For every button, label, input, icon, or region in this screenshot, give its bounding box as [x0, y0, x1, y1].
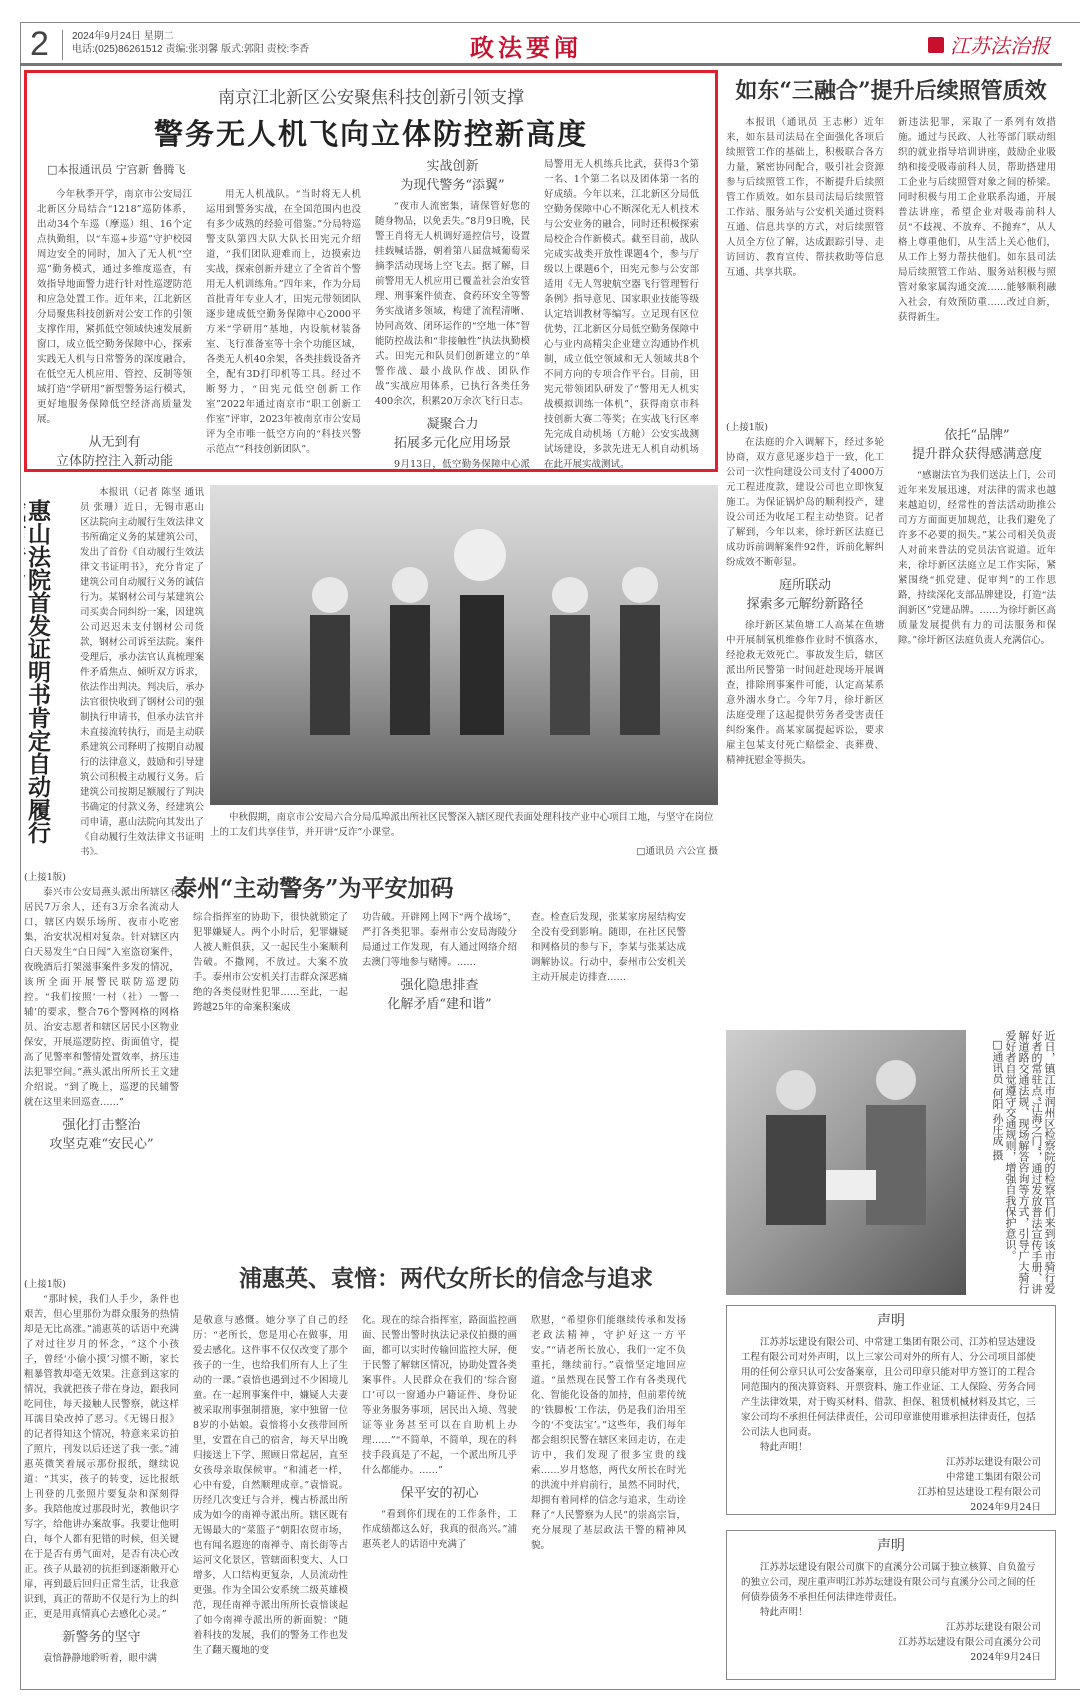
photo-caption: 中秋假期，南京市公安局六合分局瓜埠派出所社区民警深入辖区现代表面处理科技产业中心… — [210, 810, 718, 860]
legal-notice-2[interactable]: 声明 江苏苏坛建设有限公司旗下的直溪分公司属于独立核算、自负盈亏的独立公司，现庄… — [726, 1530, 1056, 1680]
article-huishan-court[interactable]: 惠山法院首发证明书肯定自动履行诚信行为 本报讯（记者 陈坚 通讯员 张珊）近日，… — [24, 485, 204, 855]
puhuiying-continued-label: (上接1版) — [24, 1277, 179, 1292]
taizhou-col4-text: 查。检查后发现，张某家房屋结构安全没有受到影响。随即，在社区民警和网格员的参与下… — [531, 910, 686, 985]
puhuiying-col2-text: 是敬意与感慨。她分享了自己的经历：“老所长，您是用心在做事，用爱去感化。这件事不… — [193, 1313, 348, 1658]
xuyi-column-1: (上接1版) 在法庭的介入调解下，经过多轮协商，双方意见逐步趋于一致，化工公司一… — [726, 420, 884, 768]
feature-kicker: 南京江北新区公安聚焦科技创新引领支撑 — [37, 83, 705, 108]
notice2-body: 江苏苏坛建设有限公司旗下的直溪分公司属于独立核算、自负盈亏的独立公司，现庄重声明… — [741, 1560, 1041, 1605]
notice1-title: 声明 — [741, 1314, 1041, 1329]
police-workers-photo[interactable] — [210, 485, 718, 805]
rudong-col2-text: 新违法犯罪，采取了一系列有效措施。通过与民政、人社等部门联动组织的就业指导培训讲… — [898, 115, 1056, 325]
notice1-signature-0: 江苏苏坛建设有限公司 — [741, 1455, 1041, 1470]
notice2-signature-0: 江苏苏坛建设有限公司 — [741, 1620, 1041, 1635]
feature-col2-text: 用无人机战队。“当时将无人机运用到警务实战，在全国范围内也没有多少成熟的经验可借… — [206, 187, 361, 457]
feature-col3-tail: 9月13日，低空勤务保障中心派出2名参赛队员参加南京市公安 — [375, 457, 530, 472]
taizhou-col3-text: 功告破。开辟网上网下“两个战场”，严打各类犯罪。泰州市公安局海陵分局通过工作发现… — [362, 910, 517, 970]
rudong-col1-text: 本报讯（通讯员 王志彬）近年来，如东县司法局在全面强化各项后续照管工作的基础上，… — [726, 115, 884, 280]
taizhou-subhead-1: 强化打击整治 攻坚克难“安民心” — [24, 1116, 179, 1154]
puhuiying-col3-tail: “看到你们现在的工作条件，工作成绩都这么好，我真的很高兴。”浦惠英老人的话语中充… — [362, 1507, 517, 1552]
feature-column-3: 实战创新 为现代警务“添翼” “夜市人流密集，请保管好您的随身物品，以免丢失。”… — [375, 187, 530, 472]
cyclists-photo[interactable] — [726, 1030, 966, 1295]
notice1-body: 江苏苏坛建设有限公司、中常建工集团有限公司、江苏柏昱达建设工程有限公司对外声明，… — [741, 1335, 1041, 1440]
taizhou-continued-label: (上接1版) — [24, 870, 179, 885]
feature-col1-text: 今年秋季开学，南京市公安局江北新区分局结合“1218”巡防体系，出动34个车巡（… — [37, 187, 192, 427]
taizhou-column-2: 综合指挥室的协助下，很快就锁定了犯罪嫌疑人。两个小时后，犯罪嫌疑人被人赃俱获，又… — [193, 910, 348, 1158]
rudong-column-1: 本报讯（通讯员 王志彬）近年来，如东县司法局在全面强化各项后续照管工作的基础上，… — [726, 115, 884, 325]
xuyi-subhead-1: 庭所联动 探索多元解纷新路径 — [726, 576, 884, 614]
notice2-closing: 特此声明！ — [741, 1605, 1041, 1620]
puhuiying-column-3: 化。现在的综合指挥室，路面监控画面、民警出警时执法记录仪拍摄的画面，都可以实时传… — [362, 1313, 517, 1666]
feature-subhead-1: 从无到有 立体防控注入新动能 — [37, 433, 192, 471]
feature-column-4: 局警用无人机练兵比武，获得3个第一名、1个第二名以及团体第一名的好成绩。今年以来… — [544, 157, 699, 472]
article-two-female-directors[interactable]: 浦惠英、袁愔：两代女所长的信念与追求 (上接1版) “那时候，我们人手少，条件也… — [24, 1258, 718, 1688]
photo-caption-text: 中秋假期，南京市公安局六合分局瓜埠派出所社区民警深入辖区现代表面处理科技产业中心… — [210, 810, 718, 840]
taizhou-column-1: (上接1版) 泰兴市公安局燕头派出所辖区有居民7万余人，还有3万余名流动人口，辖… — [24, 870, 179, 1158]
puhuiying-headline: 浦惠英、袁愔：两代女所长的信念与追求 — [174, 1260, 718, 1293]
xuyi-col1b-text: 徐圩新区某鱼塘工人高某在鱼塘中开展制氧机维修作业时不慎落水，经抢救无效死亡。事故… — [726, 618, 884, 768]
masthead: 2 2024年9月24日 星期二 电话:(025)86261512 责编:张羽馨… — [20, 22, 1062, 66]
article-xuyi-court[interactable]: (上接1版) 在法庭的介入调解下，经过多轮协商，双方意见逐步趋于一致，化工公司一… — [726, 420, 1056, 1020]
xuyi-col2-text: “感谢法官为我们送法上门，公司近年来发展迅速，对法律的需求也越来越迫切，经常性的… — [898, 468, 1056, 648]
cycling-credit: □通讯员 何阳 孙庄成 摄 — [991, 1038, 1004, 1295]
feature-subhead-3: 凝聚合力 拓展多元化应用场景 — [375, 415, 530, 453]
logo-text: 江苏法治报 — [950, 30, 1050, 59]
notice2-date: 2024年9月24日 — [741, 1650, 1041, 1665]
xuyi-subhead-2: 依托“品牌” 提升群众获得感满意度 — [898, 426, 1056, 464]
section-title: 政法要闻 — [470, 28, 582, 63]
staff-credits: 电话:(025)86261512 责编:张羽馨 版式:郭阳 责校:李香 — [72, 43, 309, 56]
puhuiying-subhead-1: 新警务的坚守 — [24, 1628, 179, 1647]
xuyi-continued-label: (上接1版) — [726, 420, 884, 435]
huishan-vertical-headline: 惠山法院首发证明书肯定自动履行诚信行为 — [24, 499, 50, 855]
puhuiying-col3-text: 化。现在的综合指挥室，路面监控画面、民警出警时执法记录仪拍摄的画面，都可以实时传… — [362, 1313, 517, 1478]
puhuiying-column-4: 欣慰，“希望你们能继续传承和发扬老政法精神，守护好这一方平安。”“请老所长放心，… — [531, 1313, 686, 1666]
feature-article-drone-police[interactable]: 南京江北新区公安聚焦科技创新引领支撑 警务无人机飞向立体防控新高度 □本报通讯员… — [24, 70, 718, 472]
article-taizhou-police[interactable]: 泰州“主动警务”为平安加码 (上接1版) 泰兴市公安局燕头派出所辖区有居民7万余… — [24, 870, 718, 1240]
notice1-signature-2: 江苏柏昱达建设工程有限公司 — [741, 1485, 1041, 1500]
feature-col4-text: 局警用无人机练兵比武，获得3个第一名、1个第二名以及团体第一名的好成绩。今年以来… — [544, 157, 699, 472]
page-number: 2 — [30, 28, 49, 60]
legal-notice-1[interactable]: 声明 江苏苏坛建设有限公司、中常建工集团有限公司、江苏柏昱达建设工程有限公司对外… — [726, 1305, 1056, 1515]
huishan-body-text: 本报讯（记者 陈坚 通讯员 张珊）近日，无锡市惠山区法院向主动履行生效法律文书所… — [80, 485, 204, 855]
taizhou-subhead-2: 强化隐患排查 化解矛盾“建和谐” — [362, 976, 517, 1014]
rudong-headline: 如东“三融合”提升后续照管质效 — [726, 74, 1056, 105]
puhuiying-column-2: 是敬意与感慨。她分享了自己的经历：“老所长，您是用心在做事，用爱去感化。这件事不… — [193, 1313, 348, 1666]
cycling-caption-text: 近日，镇江市润州区检察院的检察官们来到该市骑行爱好者的常驻点“江海之门”，通过发… — [1004, 1030, 1056, 1294]
newspaper-logo: 江苏法治报 — [928, 30, 1050, 59]
xuyi-column-2: 依托“品牌” 提升群众获得感满意度 “感谢法官为我们送法上门，公司近年来发展迅速… — [898, 420, 1056, 768]
notice1-closing: 特此声明！ — [741, 1440, 1041, 1455]
taizhou-col2-text: 综合指挥室的协助下，很快就锁定了犯罪嫌疑人。两个小时后，犯罪嫌疑人被人赃俱获，又… — [193, 910, 348, 1015]
photo-placeholder-icon — [726, 1030, 966, 1295]
rudong-column-2: 新违法犯罪，采取了一系列有效措施。通过与民政、人社等部门联动组织的就业指导培训讲… — [898, 115, 1056, 325]
puhuiying-column-1: (上接1版) “那时候，我们人手少，条件也艰苦，但心里那份为群众服务的热情却是无… — [24, 1277, 179, 1666]
article-rudong[interactable]: 如东“三融合”提升后续照管质效 本报讯（通讯员 王志彬）近年来，如东县司法局在全… — [726, 74, 1056, 384]
feature-subhead-2: 实战创新 为现代警务“添翼” — [375, 157, 530, 195]
notice1-signature-1: 中常建工集团有限公司 — [741, 1470, 1041, 1485]
photo-credit: □通讯员 六公宣 摄 — [210, 844, 718, 859]
logo-icon — [928, 37, 944, 53]
feature-col3-text: “夜市人流密集，请保管好您的随身物品，以免丢失。”8月9日晚，民警王肖将无人机调… — [375, 199, 530, 409]
notice2-signature-1: 江苏苏坛建设有限公司直溪分公司 — [741, 1635, 1041, 1650]
issue-date: 2024年9月24日 星期二 — [72, 30, 309, 43]
photo-placeholder-icon — [210, 485, 718, 805]
taizhou-column-4: 查。检查后发现，张某家房屋结构安全没有受到影响。随即，在社区民警和网格员的参与下… — [531, 910, 686, 1158]
xuyi-col1-text: 在法庭的介入调解下，经过多轮协商，双方意见逐步趋于一致，化工公司一次性向建设公司… — [726, 435, 884, 570]
taizhou-column-3: 功告破。开辟网上网下“两个战场”，严打各类犯罪。泰州市公安局海陵分局通过工作发现… — [362, 910, 517, 1158]
huishan-body: 本报讯（记者 陈坚 通讯员 张珊）近日，无锡市惠山区法院向主动履行生效法律文书所… — [80, 485, 204, 855]
cycling-vertical-caption: 近日，镇江市润州区检察院的检察官们来到该市骑行爱好者的常驻点“江海之门”，通过发… — [970, 1030, 1056, 1295]
feature-headline: 警务无人机飞向立体防控新高度 — [37, 112, 705, 153]
feature-column-1: 今年秋季开学，南京市公安局江北新区分局结合“1218”巡防体系，出动34个车巡（… — [37, 187, 192, 472]
notice2-title: 声明 — [741, 1539, 1041, 1554]
feature-column-2: 用无人机战队。“当时将无人机运用到警务实战，在全国范围内也没有多少成熟的经验可借… — [206, 187, 361, 472]
puhuiying-col1-tail: 袁愔静静地聆听着，眼中满 — [24, 1651, 179, 1666]
notice1-date: 2024年9月24日 — [741, 1500, 1041, 1515]
puhuiying-col1-text: “那时候，我们人手少，条件也艰苦，但心里那份为群众服务的热情却是无比高涨。”浦惠… — [24, 1292, 179, 1622]
masthead-meta: 2024年9月24日 星期二 电话:(025)86261512 责编:张羽馨 版… — [72, 30, 309, 56]
puhuiying-col4-text: 欣慰，“希望你们能继续传承和发扬老政法精神，守护好这一方平安。”“请老所长放心，… — [531, 1313, 686, 1553]
taizhou-col1-text: 泰兴市公安局燕头派出所辖区有居民7万余人，还有3万余名流动人口，辖区内娱乐场所、… — [24, 885, 179, 1110]
puhuiying-subhead-2: 保平安的初心 — [362, 1484, 517, 1503]
masthead-divider — [62, 30, 63, 60]
